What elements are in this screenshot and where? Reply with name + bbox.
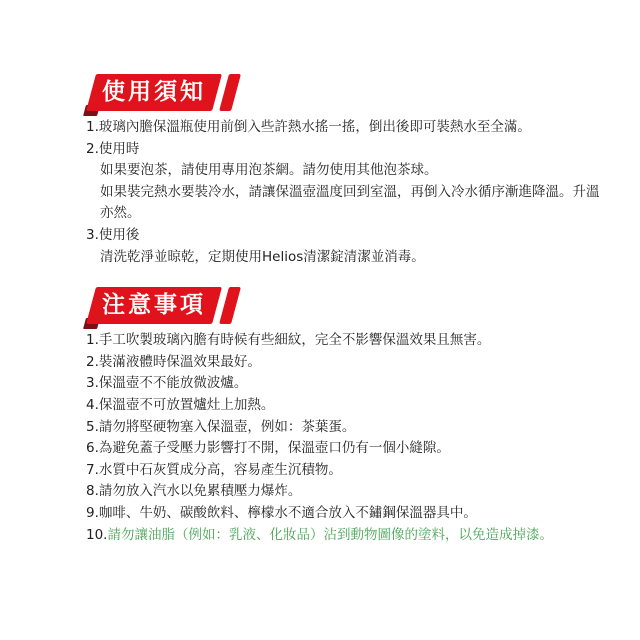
line-text: 咖啡、牛奶、碳酸飲料、檸檬水不適合放入不鏽鋼保溫器具中。	[99, 505, 477, 521]
precaution-line: 4.保溫壺不可放置爐灶上加熱。	[86, 395, 620, 417]
precaution-line: 2.裝滿液體時保溫效果最好。	[86, 352, 620, 374]
ribbon-tip	[219, 287, 241, 324]
line-number: 9.	[86, 505, 99, 521]
line-text: 保溫壺不可放置爐灶上加熱。	[99, 397, 275, 413]
precaution-line: 3.保溫壺不不能放微波爐。	[86, 373, 620, 395]
usage-notice-banner: 使用須知	[86, 74, 248, 111]
notice-line: 2.使用時	[86, 139, 620, 161]
line-text: 使用後	[99, 227, 140, 243]
line-number: 4.	[86, 397, 99, 413]
usage-notice-title: 使用須知	[91, 74, 217, 111]
line-text: 如果要泡茶，請使用專用泡茶網。請勿使用其他泡茶球。	[100, 162, 438, 178]
line-text-highlighted: 請勿讓油脂（例如：乳液、化妝品）沾到動物圖像的塗料，以免造成掉漆。	[107, 527, 553, 543]
line-text: 裝滿液體時保溫效果最好。	[99, 354, 261, 370]
precaution-line: 8.請勿放入汽水以免累積壓力爆炸。	[86, 481, 620, 503]
line-text: 為避免蓋子受壓力影響打不開，保溫壺口仍有一個小縫隙。	[99, 440, 450, 456]
line-text: 清洗乾淨並晾乾，定期使用Helios清潔錠清潔並消毒。	[100, 249, 425, 265]
precautions-list: 1.手工吹製玻璃內膽有時候有些細紋，完全不影響保溫效果且無害。 2.裝滿液體時保…	[86, 330, 620, 546]
precautions-title: 注意事項	[91, 287, 217, 324]
product-info-page: 使用須知 1.玻璃內膽保溫瓶使用前倒入些許熱水搖一搖，倒出後即可裝熱水至全滿。 …	[0, 0, 640, 640]
line-text: 保溫壺不不能放微波爐。	[99, 375, 248, 391]
precaution-line: 5.請勿將堅硬物塞入保溫壺，例如：茶葉蛋。	[86, 417, 620, 439]
line-text: 手工吹製玻璃內膽有時候有些細紋，完全不影響保溫效果且無害。	[99, 332, 491, 348]
line-number: 2.	[86, 141, 99, 157]
line-number: 5.	[86, 419, 99, 435]
notice-line: 清洗乾淨並晾乾，定期使用Helios清潔錠清潔並消毒。	[86, 247, 620, 269]
precautions-banner: 注意事項	[86, 287, 248, 324]
line-number: 1.	[86, 332, 99, 348]
notice-line: 如果裝完熱水要裝冷水，請讓保溫壺溫度回到室溫，再倒入冷水循序漸進降溫。升溫	[86, 182, 620, 204]
line-number: 2.	[86, 354, 99, 370]
line-text: 使用時	[99, 141, 140, 157]
notice-line: 如果要泡茶，請使用專用泡茶網。請勿使用其他泡茶球。	[86, 160, 620, 182]
line-text: 亦然。	[100, 205, 141, 221]
ribbon-tip	[219, 74, 241, 111]
line-number: 3.	[86, 227, 99, 243]
line-number: 8.	[86, 483, 99, 499]
line-number: 1.	[86, 119, 99, 135]
line-text: 請勿將堅硬物塞入保溫壺，例如：茶葉蛋。	[99, 419, 356, 435]
precaution-line-highlighted: 10.請勿讓油脂（例如：乳液、化妝品）沾到動物圖像的塗料，以免造成掉漆。	[86, 525, 620, 547]
notice-line: 亦然。	[86, 203, 620, 225]
precaution-line: 1.手工吹製玻璃內膽有時候有些細紋，完全不影響保溫效果且無害。	[86, 330, 620, 352]
line-text: 請勿放入汽水以免累積壓力爆炸。	[99, 483, 302, 499]
line-number: 3.	[86, 375, 99, 391]
ribbon-body: 使用須知	[86, 74, 222, 111]
line-text: 玻璃內膽保溫瓶使用前倒入些許熱水搖一搖，倒出後即可裝熱水至全滿。	[99, 119, 531, 135]
precaution-line: 7.水質中石灰質成分高，容易產生沉積物。	[86, 460, 620, 482]
notice-line: 3.使用後	[86, 225, 620, 247]
precaution-line: 6.為避免蓋子受壓力影響打不開，保溫壺口仍有一個小縫隙。	[86, 438, 620, 460]
line-number: 10.	[86, 527, 107, 543]
line-number: 7.	[86, 462, 99, 478]
ribbon-body: 注意事項	[86, 287, 222, 324]
precaution-line: 9.咖啡、牛奶、碳酸飲料、檸檬水不適合放入不鏽鋼保溫器具中。	[86, 503, 620, 525]
line-text: 如果裝完熱水要裝冷水，請讓保溫壺溫度回到室溫，再倒入冷水循序漸進降溫。升溫	[100, 184, 600, 200]
line-number: 6.	[86, 440, 99, 456]
line-text: 水質中石灰質成分高，容易產生沉積物。	[99, 462, 342, 478]
usage-notice-list: 1.玻璃內膽保溫瓶使用前倒入些許熱水搖一搖，倒出後即可裝熱水至全滿。 2.使用時…	[86, 117, 620, 268]
notice-line: 1.玻璃內膽保溫瓶使用前倒入些許熱水搖一搖，倒出後即可裝熱水至全滿。	[86, 117, 620, 139]
